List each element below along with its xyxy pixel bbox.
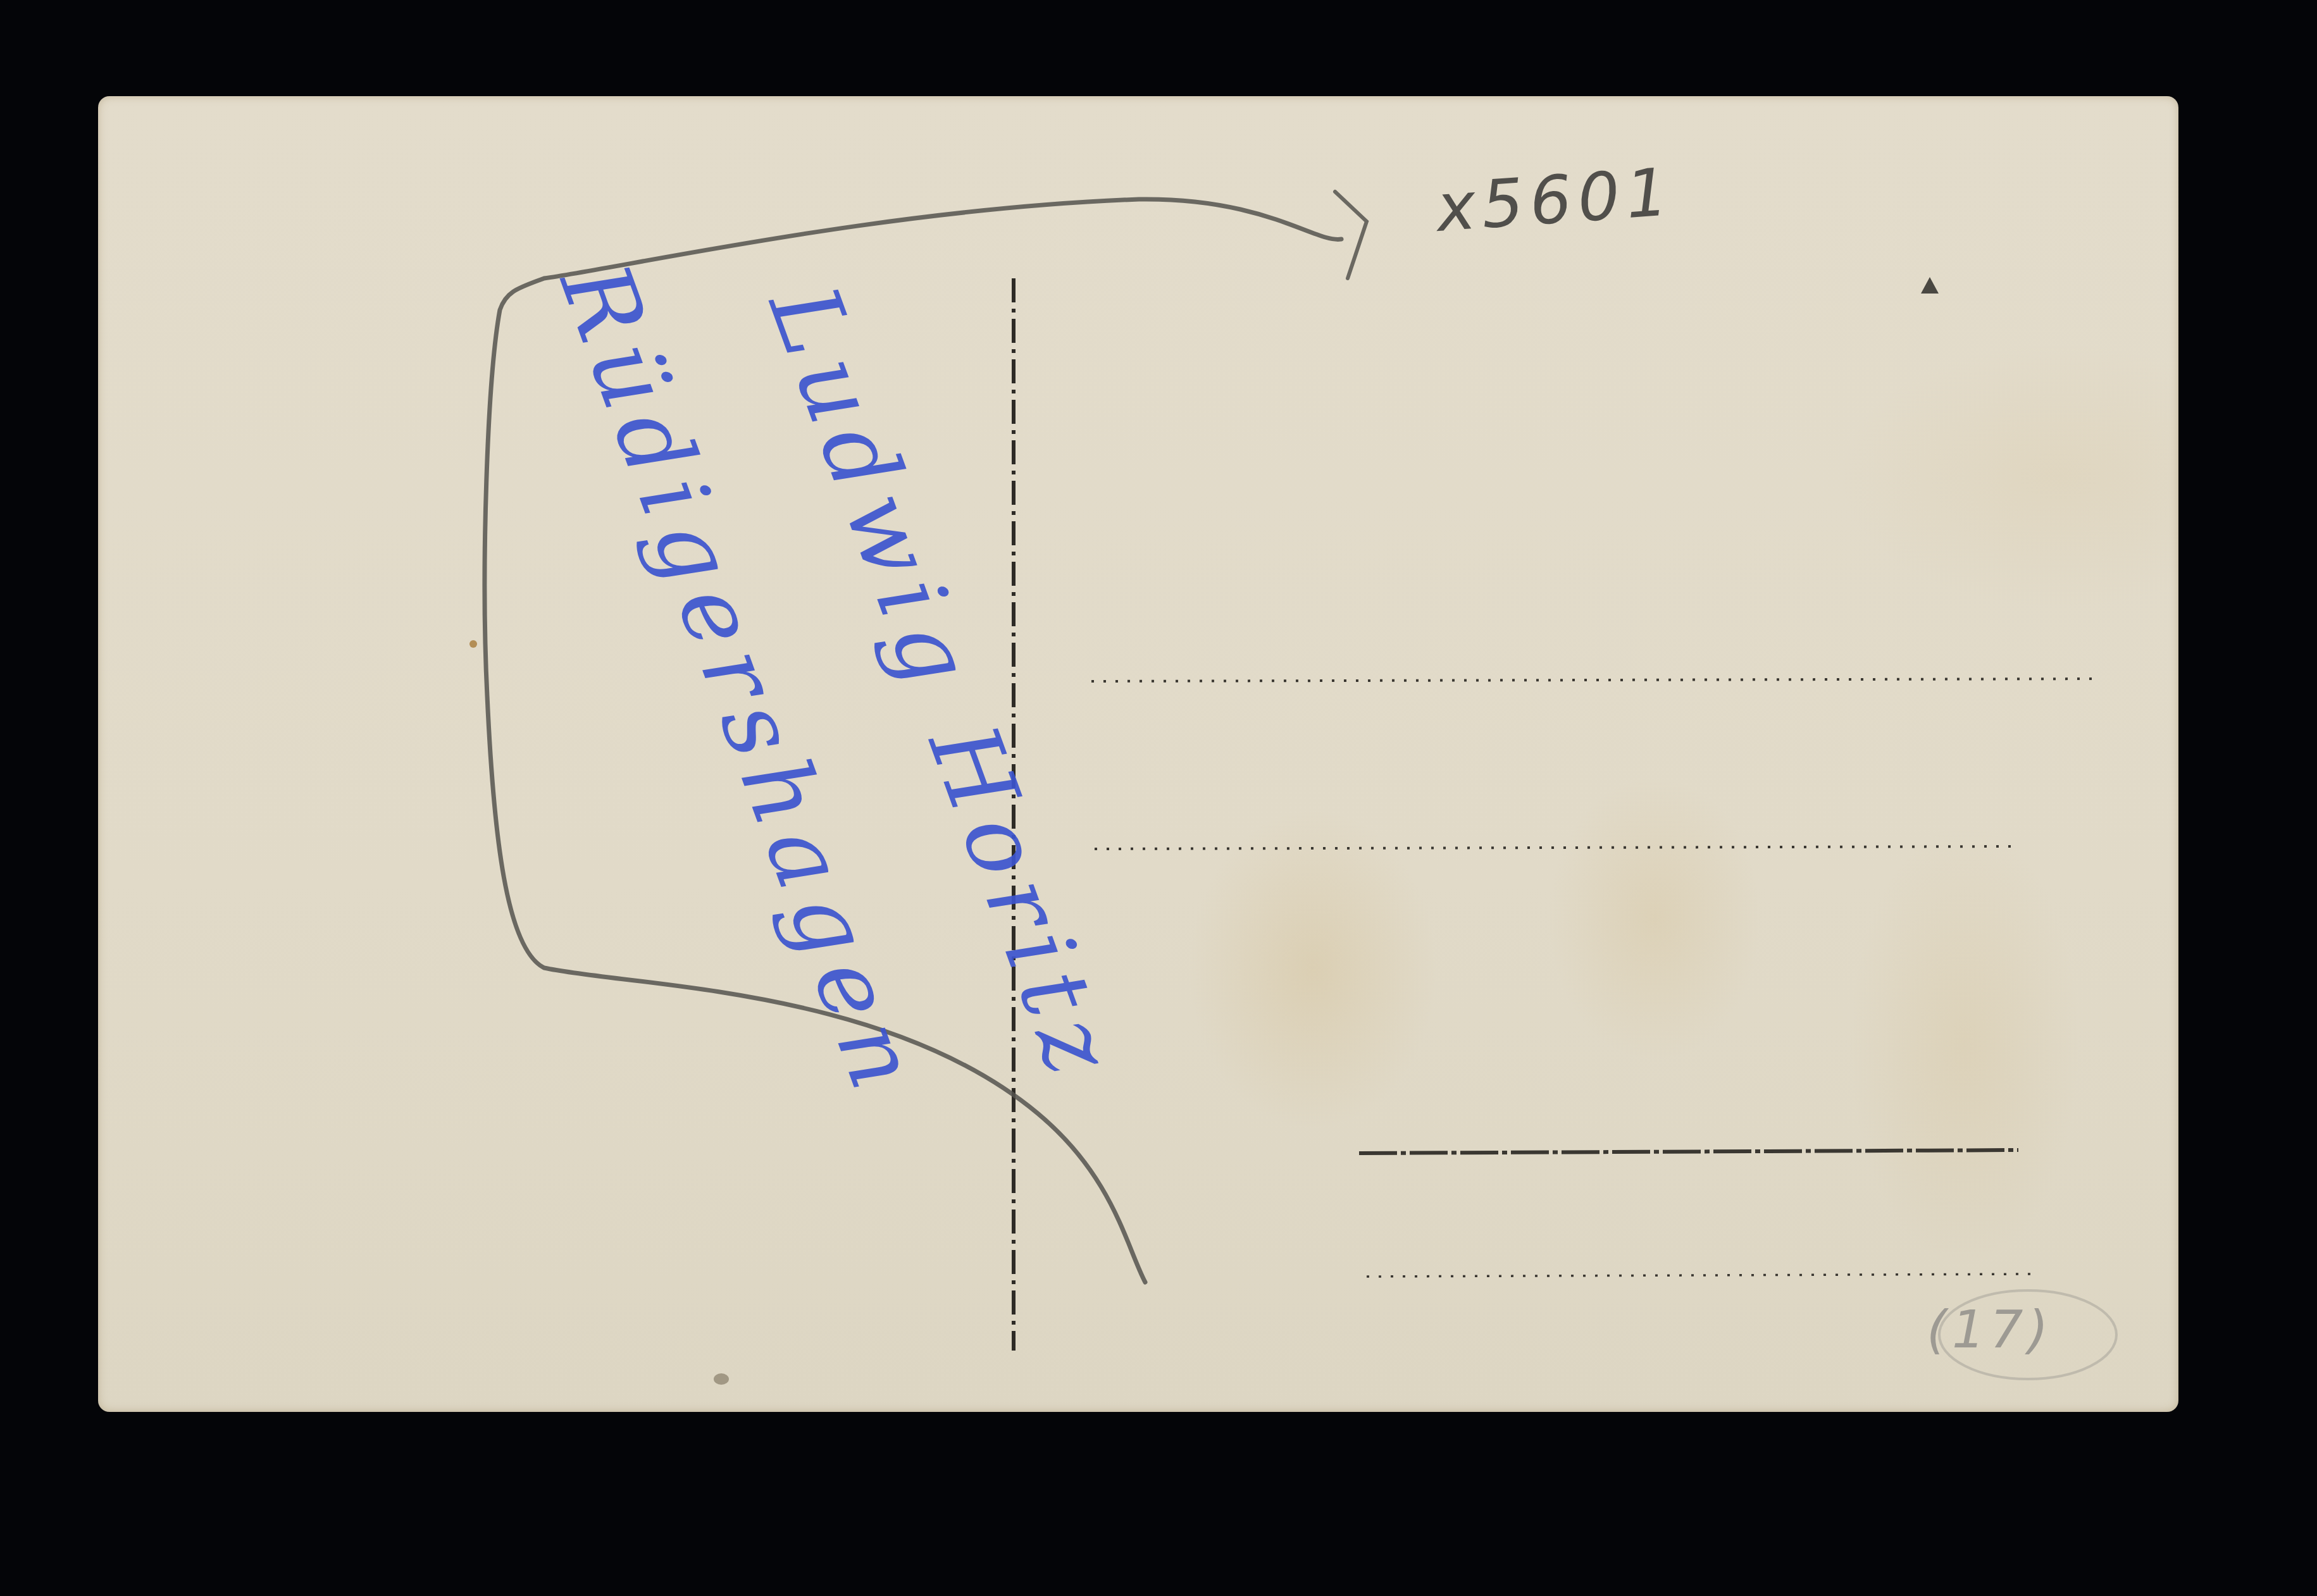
ink-mark — [1921, 277, 1939, 294]
stain — [469, 640, 477, 648]
address-line-2 — [1095, 846, 2012, 849]
address-line-1 — [1091, 679, 2097, 681]
arrow-head — [1335, 192, 1367, 278]
address-line-4 — [1367, 1274, 2034, 1277]
stain — [714, 1373, 729, 1385]
address-line-3 — [1359, 1150, 2018, 1153]
corner-note: (17) — [1927, 1300, 2053, 1360]
